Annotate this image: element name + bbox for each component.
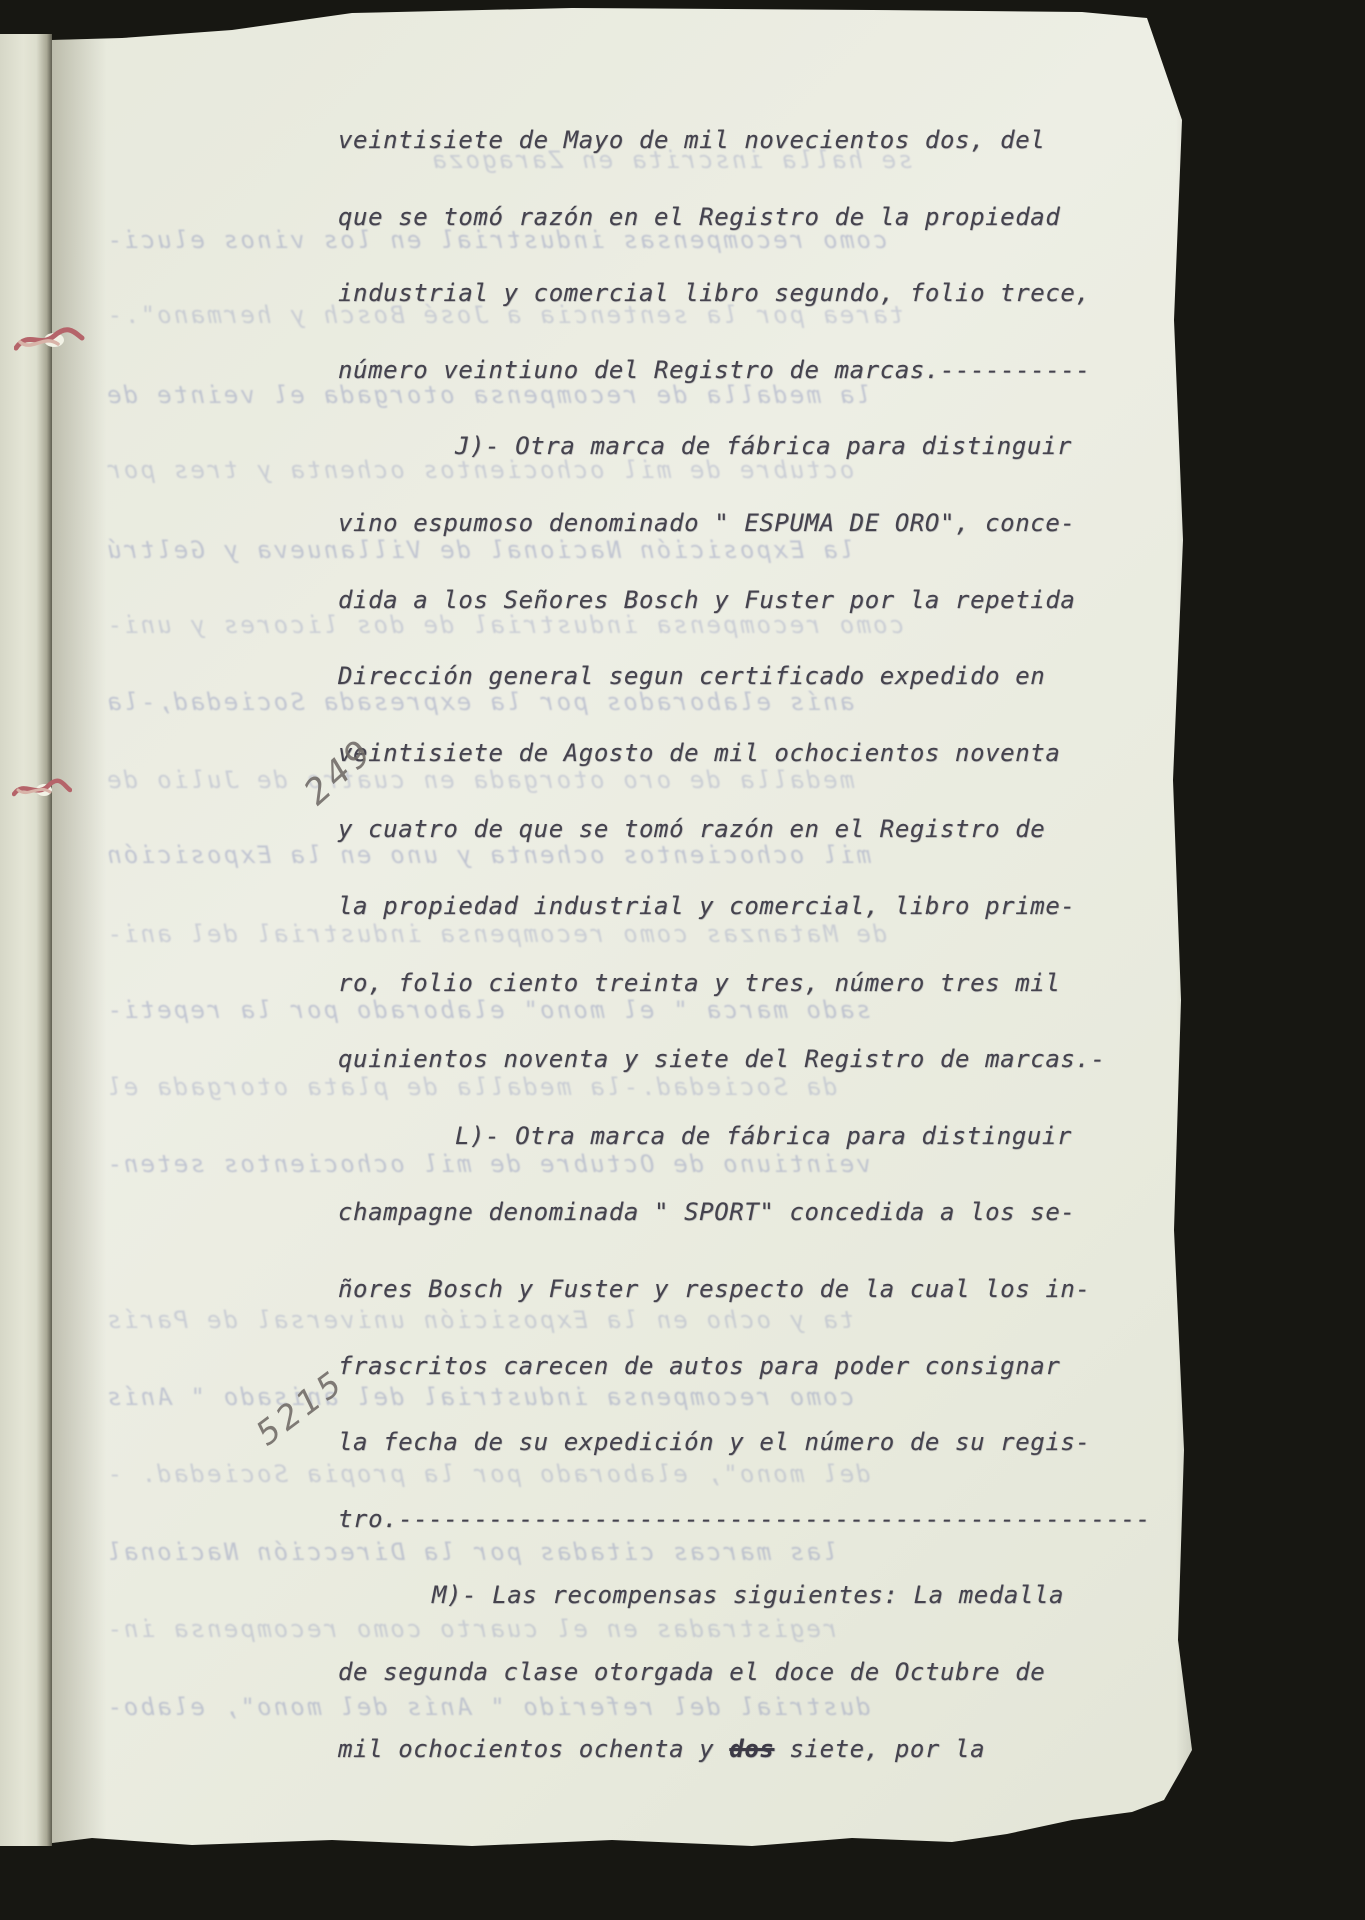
- typewritten-line: frascritos carecen de autos para poder c…: [338, 1354, 1060, 1378]
- bleedthrough-line: ta y ocho en la Exposición universal de …: [105, 1308, 854, 1332]
- line-fragment: mil ochocientos ochenta y: [338, 1735, 729, 1763]
- typewritten-line: tro.------------------------------------…: [338, 1507, 1151, 1531]
- typewritten-line: de segunda clase otorgada el doce de Oct…: [338, 1660, 1045, 1684]
- binding-stitch-icon: [12, 770, 72, 810]
- binding-stitch-icon: [14, 318, 86, 362]
- bleedthrough-line: medalla de oro otorgada en cuatro de Jul…: [105, 768, 854, 792]
- bleedthrough-line: registradas en el cuarto como recompensa…: [105, 1617, 838, 1641]
- typewritten-line: mil ochocientos ochenta y dos siete, por…: [338, 1737, 985, 1761]
- bleedthrough-line: de Matanzas como recompensa industrial d…: [105, 922, 888, 946]
- typewritten-line: industrial y comercial libro segundo, fo…: [338, 281, 1090, 305]
- typewritten-line: J)- Otra marca de fábrica para distingui…: [455, 434, 1072, 458]
- bleedthrough-line: como recompensas industrial en los vinos…: [105, 228, 888, 252]
- bleedthrough-line: como recompensa industrial del anisado "…: [105, 1385, 854, 1409]
- bleedthrough-line: veintiuno de Octubre de mil ochocientos …: [105, 1152, 871, 1176]
- previous-page-edge: [0, 34, 52, 1846]
- bleedthrough-line: anís elaborados por la expresada Socieda…: [105, 690, 854, 714]
- bleedthrough-line: octubre de mil ochocientos ochenta y tre…: [105, 458, 854, 482]
- typewritten-line: M)- Las recompensas siguientes: La medal…: [432, 1583, 1064, 1607]
- bleedthrough-line: la medalla de recompensa otorgada el vei…: [105, 383, 871, 407]
- document-scan: se halla inscrita en Zaragozacomo recomp…: [0, 0, 1365, 1920]
- typewritten-line: la propiedad industrial y comercial, lib…: [338, 894, 1075, 918]
- typewritten-line: Dirección general segun certificado expe…: [338, 664, 1045, 688]
- bleedthrough-line: la Exposición Nacional de Villanueva y G…: [105, 538, 854, 562]
- bleedthrough-line: del mono", elaborado por la propia Socie…: [105, 1462, 871, 1486]
- typewritten-line: L)- Otra marca de fábrica para distingui…: [455, 1124, 1072, 1148]
- bleedthrough-line: dustrial del referido " Anís del mono", …: [105, 1695, 871, 1719]
- bleedthrough-line: mil ochocientos ochenta y uno en la Expo…: [105, 843, 871, 867]
- typewritten-line: veintisiete de Mayo de mil novecientos d…: [338, 128, 1045, 152]
- typewritten-line: ñores Bosch y Fuster y respecto de la cu…: [338, 1277, 1090, 1301]
- typewritten-line: ro, folio ciento treinta y tres, número …: [338, 971, 1060, 995]
- typewritten-line: quinientos noventa y siete del Registro …: [338, 1047, 1106, 1071]
- bleedthrough-line: da Sociedad.-la medalla de plata otorgad…: [105, 1075, 838, 1099]
- typewritten-line: champagne denominada " SPORT" concedida …: [338, 1200, 1075, 1224]
- bleedthrough-line: como recompensa industrial de dos licore…: [105, 613, 904, 637]
- paper-edge-shade: [1176, 0, 1202, 1876]
- typewritten-line: vino espumoso denominado " ESPUMA DE ORO…: [338, 511, 1075, 535]
- typewritten-line: la fecha de su expedición y el número de…: [338, 1430, 1090, 1454]
- typewritten-line: veintisiete de Agosto de mil ochocientos…: [338, 741, 1060, 765]
- typewritten-line: y cuatro de que se tomó razón en el Regi…: [338, 817, 1045, 841]
- typewritten-line: número veintiuno del Registro de marcas.…: [338, 358, 1090, 382]
- bleedthrough-line: las marcas citadas por la Dirección Naci…: [105, 1540, 838, 1564]
- line-fragment: siete, por la: [774, 1735, 985, 1763]
- bleedthrough-line: sado marca " el mono" elaborado por la r…: [105, 998, 871, 1022]
- typewritten-line: que se tomó razón en el Registro de la p…: [338, 205, 1060, 229]
- struck-out-word: dos: [729, 1735, 774, 1763]
- typewritten-line: dida a los Señores Bosch y Fuster por la…: [338, 588, 1075, 612]
